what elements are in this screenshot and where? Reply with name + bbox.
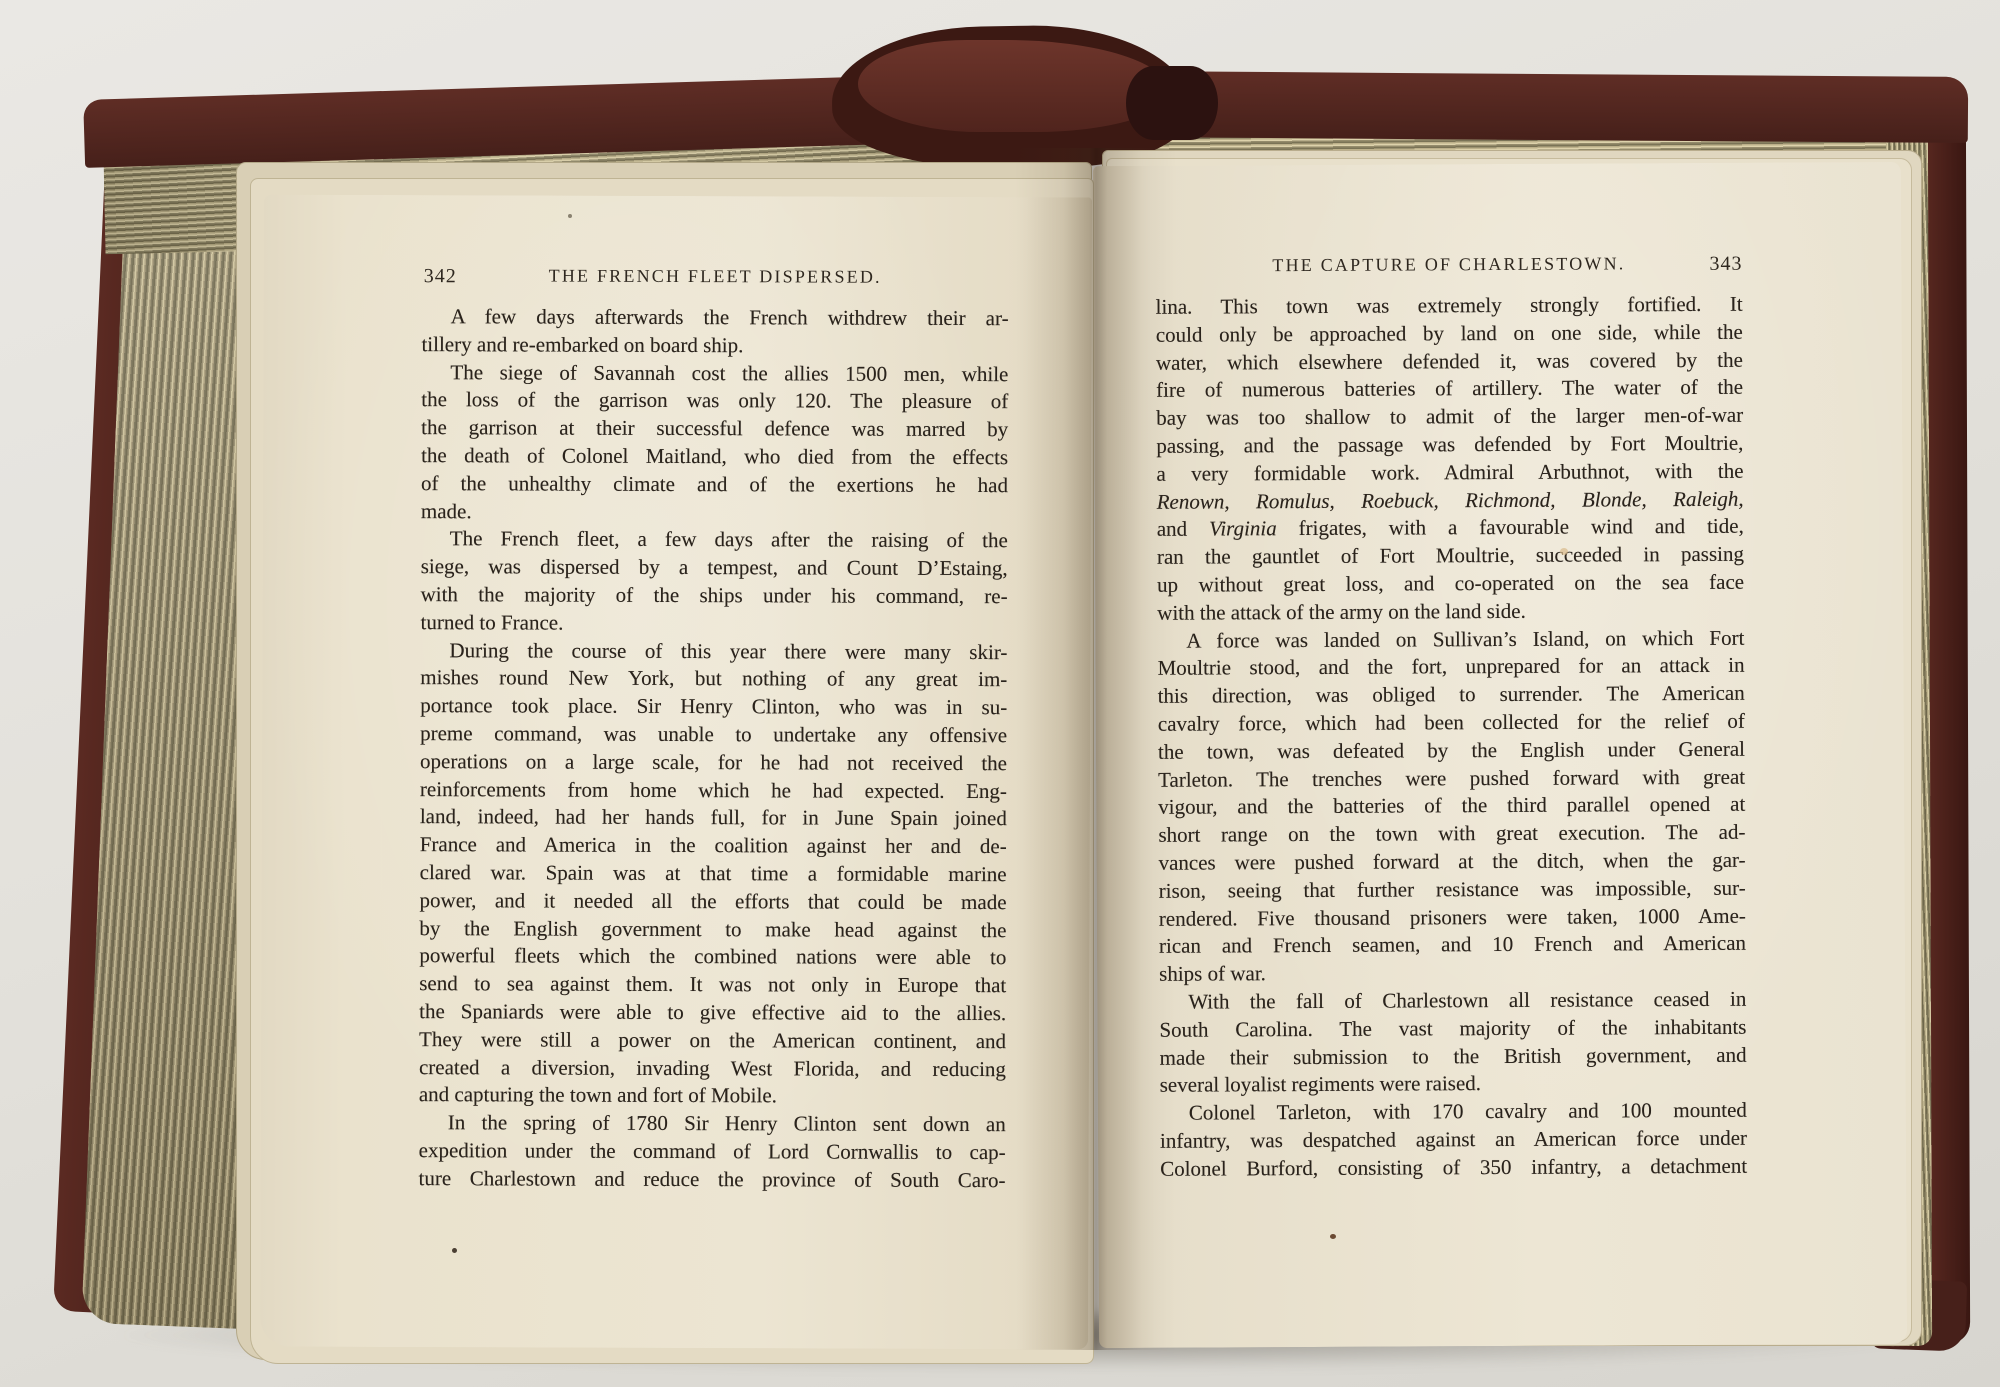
left-page-text: A few days afterwards the French withdre… [419, 303, 1009, 1195]
text-line: by the English government to make head a… [419, 915, 1006, 945]
text-line: with the majority of the ships under his… [421, 581, 1008, 611]
text-line: portance took place. Sir Henry Clinton, … [420, 692, 1007, 722]
open-book-photo: THE CAPTURE OF CHARLESTOWN. 343 lina. Th… [0, 0, 2000, 1387]
dust-speck [568, 214, 572, 218]
text-line: several loyalist regiments were raised. [1160, 1069, 1747, 1100]
text-line: South Carolina. The vast majority of the… [1159, 1013, 1746, 1044]
book-spine-edge [1126, 66, 1218, 140]
right-running-head: THE CAPTURE OF CHARLESTOWN. [1272, 253, 1625, 275]
text-line: clared war. Spain was at that time a for… [420, 859, 1007, 889]
text-line: turned to France. [420, 609, 1007, 639]
text-line: expedition under the command of Lord Cor… [419, 1137, 1006, 1167]
text-line: power, and it needed all the efforts tha… [420, 887, 1007, 917]
text-line: rison, seeing that further resistance wa… [1159, 874, 1746, 905]
text-line: infantry, was despatched against an Amer… [1160, 1125, 1747, 1156]
text-line: with the attack of the army on the land … [1157, 596, 1744, 627]
text-line: made their submission to the British gov… [1160, 1041, 1747, 1072]
text-line: ture Charlestown and reduce the province… [419, 1165, 1006, 1195]
text-line: land, indeed, had her hands full, for in… [420, 803, 1007, 833]
dust-speck [452, 1248, 457, 1253]
text-line: France and America in the coalition agai… [420, 831, 1007, 861]
text-line: send to sea against them. It was not onl… [419, 970, 1006, 1000]
left-page-number: 342 [424, 265, 457, 288]
text-line: rendered. Five thousand prisoners were t… [1159, 902, 1746, 933]
right-page-header: THE CAPTURE OF CHARLESTOWN. 343 [1155, 253, 1742, 282]
text-line: A force was landed on Sullivan’s Island,… [1157, 624, 1744, 655]
text-line: Renown, Romulus, Roebuck, Richmond, Blon… [1157, 485, 1744, 516]
text-line: Tarleton. The trenches were pushed forwa… [1158, 763, 1745, 794]
left-running-head: THE FRENCH FLEET DISPERSED. [549, 266, 882, 287]
text-line: vances were pushed forward at the ditch,… [1158, 847, 1745, 878]
text-line: With the fall of Charlestown all resista… [1159, 986, 1746, 1017]
text-line: The French fleet, a few days after the r… [421, 525, 1008, 555]
text-line: up without great loss, and co-operated o… [1157, 569, 1744, 600]
text-line: In the spring of 1780 Sir Henry Clinton … [419, 1109, 1006, 1139]
text-line: created a diversion, invading West Flori… [419, 1054, 1006, 1084]
text-line: this direction, was obliged to surrender… [1158, 680, 1745, 711]
left-page: 342 THE FRENCH FLEET DISPERSED. A few da… [260, 195, 1092, 1350]
text-line: the Spaniards were able to give effectiv… [419, 998, 1006, 1028]
foxing-spot [1560, 548, 1568, 555]
text-line: the death of Colonel Maitland, who died … [421, 442, 1008, 472]
text-line: short range on the town with great execu… [1158, 819, 1745, 850]
text-line: a very formidable work. Admiral Arbuthno… [1156, 458, 1743, 489]
text-line: Moultrie stood, and the fort, unprepared… [1157, 652, 1744, 683]
text-line: ships of war. [1159, 958, 1746, 989]
text-line: and Virginia frigates, with a favourable… [1157, 513, 1744, 544]
text-line: operations on a large scale, for he had … [420, 748, 1007, 778]
text-line: The siege of Savannah cost the allies 15… [421, 359, 1008, 389]
text-line: They were still a power on the American … [419, 1026, 1006, 1056]
text-line: the town, was defeated by the English un… [1158, 735, 1745, 766]
text-line: could only be approached by land on one … [1156, 319, 1743, 350]
text-line: and capturing the town and fort of Mobil… [419, 1081, 1006, 1111]
text-line: the garrison at their successful defence… [421, 414, 1008, 444]
text-line: of the unhealthy climate and of the exer… [421, 470, 1008, 500]
text-line: mishes round New York, but nothing of an… [420, 664, 1007, 694]
text-line: powerful fleets which the combined natio… [419, 942, 1006, 972]
text-line: During the course of this year there wer… [420, 637, 1007, 667]
left-page-header: 342 THE FRENCH FLEET DISPERSED. [422, 265, 1009, 293]
text-line: bay was too shallow to admit of the larg… [1156, 402, 1743, 433]
dust-speck [1330, 1234, 1336, 1239]
right-page-number: 343 [1709, 253, 1742, 276]
text-line: made. [421, 498, 1008, 528]
text-line: the loss of the garrison was only 120. T… [421, 386, 1008, 416]
text-line: lina. This town was extremely strongly f… [1156, 291, 1743, 322]
text-line: preme command, was unable to undertake a… [420, 720, 1007, 750]
text-line: A few days afterwards the French withdre… [422, 303, 1009, 333]
text-line: water, which elsewhere defended it, was … [1156, 346, 1743, 377]
right-page-text: lina. This town was extremely strongly f… [1156, 291, 1748, 1184]
text-line: reinforcements from home which he had ex… [420, 776, 1007, 806]
text-line: Colonel Tarleton, with 170 cavalry and 1… [1160, 1097, 1747, 1128]
text-line: rican and French seamen, and 10 French a… [1159, 930, 1746, 961]
text-line: passing, and the passage was defended by… [1156, 430, 1743, 461]
text-line: vigour, and the batteries of the third p… [1158, 791, 1745, 822]
text-line: Colonel Burford, consisting of 350 infan… [1160, 1152, 1747, 1183]
right-page: THE CAPTURE OF CHARLESTOWN. 343 lina. Th… [1093, 162, 1907, 1348]
text-line: tillery and re-embarked on board ship. [421, 331, 1008, 361]
text-line: ran the gauntlet of Fort Moultrie, succe… [1157, 541, 1744, 572]
text-line: siege, was dispersed by a tempest, and C… [421, 553, 1008, 583]
text-line: fire of numerous batteries of artillery.… [1156, 374, 1743, 405]
text-line: cavalry force, which had been collected … [1158, 708, 1745, 739]
book-cover-top-right-edge [1130, 71, 1968, 143]
